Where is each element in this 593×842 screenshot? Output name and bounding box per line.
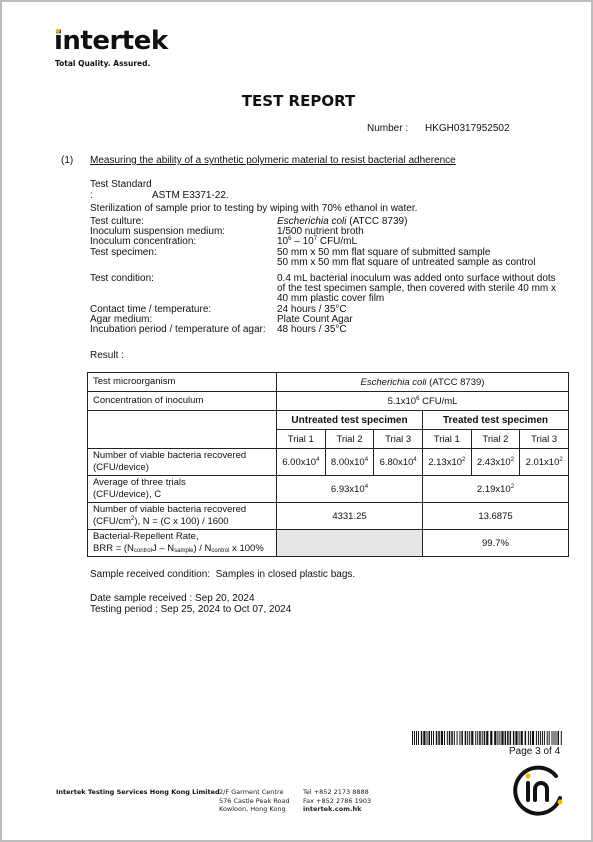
microorganism-label: Test microorganism [88, 373, 277, 392]
empty-header-cell [88, 411, 277, 449]
report-number-label: Number : [367, 123, 425, 134]
date-received: Date sample received : Sep 20, 2024 [90, 593, 291, 604]
sterilization-note: Sterilization of sample prior to testing… [90, 203, 417, 214]
test-standard-value: ASTM E3371-22. [152, 190, 229, 201]
logo-tagline: Total Quality. Assured. [55, 59, 150, 68]
test-standard: Test Standard :ASTM E3371-22. [90, 179, 229, 201]
table-row: Bacterial-Repellent Rate,BRR = (Ncontrol… [88, 530, 569, 557]
viable-value: 6.00x104 [277, 449, 326, 476]
intertek-in-icon [510, 762, 566, 818]
footer-company: Intertek Testing Services Hong Kong Limi… [56, 788, 220, 796]
table-row: Number of viable bacteria recovered(CFU/… [88, 503, 569, 530]
trial-header: Trial 3 [520, 430, 569, 449]
report-number: Number :HKGH0317952502 [367, 123, 510, 134]
brr-value: 99.7% [422, 530, 568, 557]
viable-value: 6.80x104 [374, 449, 423, 476]
table-row: Untreated test specimen Treated test spe… [88, 411, 569, 430]
result-table: Test microorganism Escherichia coli (ATC… [87, 372, 569, 557]
table-row: Average of three trials(CFU/device), C 6… [88, 476, 569, 503]
intertek-logo: intertek [54, 26, 168, 56]
result-label: Result : [90, 350, 124, 361]
section-title: Measuring the ability of a synthetic pol… [90, 155, 456, 166]
viable-value: 8.00x104 [325, 449, 374, 476]
microorganism-value: Escherichia coli (ATCC 8739) [277, 373, 569, 392]
page-number: Page 3 of 4 [509, 746, 560, 757]
param-row-incubation: Incubation period / temperature of agar:… [90, 325, 577, 335]
viable-label: Number of viable bacteria recovered(CFU/… [88, 449, 277, 476]
sample-dates: Date sample received : Sep 20, 2024 Test… [90, 593, 291, 615]
sample-condition: Sample received condition: Samples in cl… [90, 569, 355, 580]
test-parameters: Test culture: Escherichia coli (ATCC 873… [90, 217, 577, 335]
trial-header: Trial 2 [325, 430, 374, 449]
footer-address: 2/F Garment Centre 576 Castle Peak Road … [219, 788, 290, 814]
per-area-untreated: 4331.25 [277, 503, 423, 530]
per-area-label: Number of viable bacteria recovered(CFU/… [88, 503, 277, 530]
average-label: Average of three trials(CFU/device), C [88, 476, 277, 503]
logo-dot [56, 29, 60, 33]
table-row: Test microorganism Escherichia coli (ATC… [88, 373, 569, 392]
testing-period: Testing period : Sep 25, 2024 to Oct 07,… [90, 604, 291, 615]
brr-untreated-empty [277, 530, 423, 557]
barcode [412, 731, 562, 745]
concentration-label: Concentration of inoculum [88, 392, 277, 411]
table-row: Number of viable bacteria recovered(CFU/… [88, 449, 569, 476]
param-row-specimen: Test specimen: 50 mm x 50 mm flat square… [90, 248, 577, 268]
group-untreated: Untreated test specimen [277, 411, 423, 430]
trial-header: Trial 2 [471, 430, 520, 449]
concentration-value: 5.1x106 CFU/mL [277, 392, 569, 411]
report-page: intertek Total Quality. Assured. TEST RE… [0, 0, 593, 842]
footer-tel: Tel +852 2173 8888 [303, 788, 371, 797]
average-treated: 2.19x102 [422, 476, 568, 503]
viable-value: 2.01x102 [520, 449, 569, 476]
average-untreated: 6.93x104 [277, 476, 423, 503]
footer-website[interactable]: intertek.com.hk [303, 805, 371, 814]
footer-contact: Tel +852 2173 8888 Fax +852 2786 1903 in… [303, 788, 371, 814]
viable-value: 2.13x102 [422, 449, 471, 476]
brr-label: Bacterial-Repellent Rate,BRR = (Ncontrol… [88, 530, 277, 557]
trial-header: Trial 1 [277, 430, 326, 449]
group-treated: Treated test specimen [422, 411, 568, 430]
footer-fax: Fax +852 2786 1903 [303, 797, 371, 806]
report-number-value: HKGH0317952502 [425, 123, 510, 134]
test-standard-label: Test Standard : [90, 179, 152, 201]
page-title: TEST REPORT [2, 92, 593, 110]
viable-value: 2.43x102 [471, 449, 520, 476]
per-area-treated: 13.6875 [422, 503, 568, 530]
table-row: Concentration of inoculum 5.1x106 CFU/mL [88, 392, 569, 411]
section-index: (1) [61, 155, 73, 166]
trial-header: Trial 1 [422, 430, 471, 449]
param-row-condition: Test condition: 0.4 mL bacterial inoculu… [90, 274, 577, 305]
trial-header: Trial 3 [374, 430, 423, 449]
